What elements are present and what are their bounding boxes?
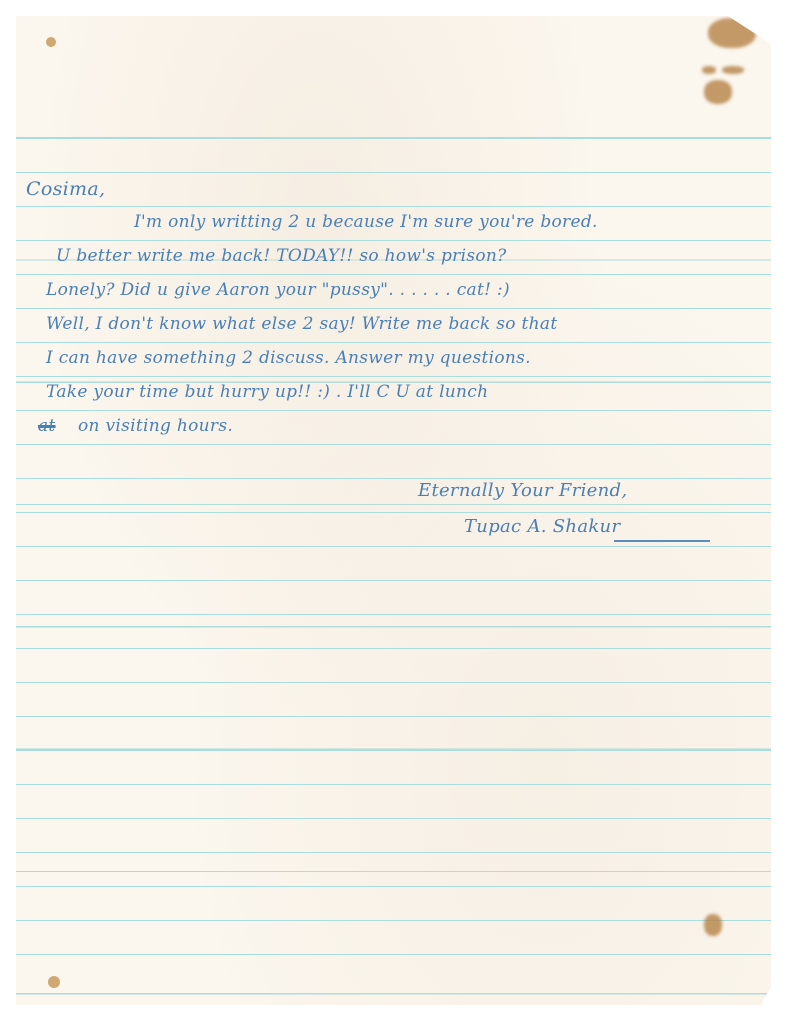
letter-line-7: on visiting hours. [78,416,233,436]
lined-paper-sheet: Cosima, I'm only writting 2 u because I'… [16,16,771,1005]
ruled-line [16,784,771,785]
ruled-line [16,444,771,445]
struck-out-word: at [38,416,56,436]
ruled-line [16,648,771,649]
letter-line-2: U better write me back! TODAY!! so how's… [56,246,507,266]
ruled-line [16,512,771,513]
coffee-stain-bottom-right [704,914,722,936]
closing: Eternally Your Friend, [418,480,627,501]
ruled-line [16,716,771,717]
salutation: Cosima, [26,178,105,200]
ruled-line [16,240,771,241]
ruled-line [16,682,771,683]
signature: Tupac A. Shakur [464,516,620,537]
ruled-line [16,818,771,819]
letter-line-5: I can have something 2 discuss. Answer m… [46,348,531,368]
coffee-stain-top-right [708,18,756,48]
ruled-line [16,920,771,921]
ruled-line [16,410,771,411]
ruled-line [16,750,771,751]
ruled-line [16,206,771,207]
ruled-line [16,274,771,275]
ruled-line [16,886,771,887]
ruled-line [16,138,771,139]
ruled-line [16,954,771,955]
letter-line-6: Take your time but hurry up!! :) . I'll … [46,382,488,402]
punch-hole-stain-bottom [48,976,60,988]
ruled-line [16,852,771,853]
letter-line-3: Lonely? Did u give Aaron your "pussy". .… [46,280,510,300]
coffee-stain-dot [702,66,716,74]
signature-flourish [614,540,710,542]
ruled-line [16,308,771,309]
ruled-line [16,614,771,615]
punch-hole-stain-top [46,37,56,47]
ruled-line [16,546,771,547]
coffee-stain-blot [704,80,732,104]
ruled-line [16,580,771,581]
coffee-stain-dot [722,66,744,74]
letter-line-1: I'm only writting 2 u because I'm sure y… [134,212,598,232]
ruled-line [16,172,771,173]
ruled-line [16,376,771,377]
ruled-line [16,478,771,479]
ruled-line [16,342,771,343]
letter-line-4: Well, I don't know what else 2 say! Writ… [46,314,557,334]
